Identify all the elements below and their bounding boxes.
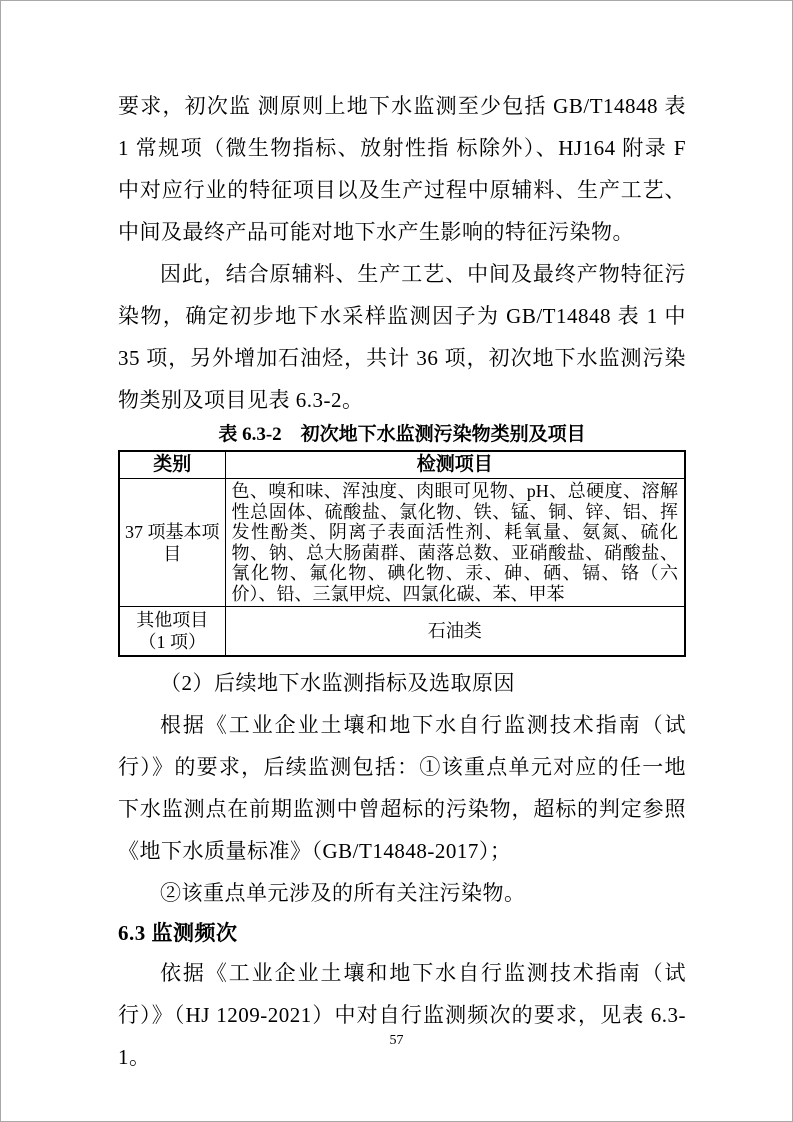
- table-caption: 表 6.3-2 初次地下水监测污染物类别及项目: [118, 423, 686, 447]
- paragraph-initial-monitoring-requirements: 要求，初次监 测原则上地下水监测至少包括 GB/T14848 表 1 常规项（微…: [118, 85, 686, 253]
- table-cell-category-other: 其他项目（1 项）: [119, 607, 225, 657]
- paragraph-followup-indicator-heading: （2）后续地下水监测指标及选取原因: [118, 662, 686, 704]
- paragraph-followup-concern-pollutants: ②该重点单元涉及的所有关注污染物。: [118, 872, 686, 914]
- page-number: 57: [1, 1033, 792, 1049]
- pollutant-category-table: 类别 检测项目 37 项基本项目 色、嗅和味、浑浊度、肉眼可见物、pH、总硬度、…: [118, 450, 686, 657]
- page-content: 要求，初次监 测原则上地下水监测至少包括 GB/T14848 表 1 常规项（微…: [118, 85, 686, 1078]
- paragraph-monitoring-frequency-basis: 依据《工业企业土壤和地下水自行监测技术指南（试行）》（HJ 1209-2021）…: [118, 952, 686, 1078]
- table-header-row: 类别 检测项目: [119, 451, 685, 479]
- table-cell-items-other: 石油类: [225, 607, 685, 657]
- document-page: 要求，初次监 测原则上地下水监测至少包括 GB/T14848 表 1 常规项（微…: [0, 0, 793, 1122]
- paragraph-followup-monitoring-scope: 根据《工业企业土壤和地下水自行监测技术指南（试行）》的要求，后续监测包括：①该重…: [118, 704, 686, 872]
- paragraph-initial-monitoring-factors: 因此，结合原辅料、生产工艺、中间及最终产物特征污染物，确定初步地下水采样监测因子…: [118, 253, 686, 421]
- section-heading-monitoring-frequency: 6.3 监测频次: [118, 914, 686, 952]
- table-header-category: 类别: [119, 451, 225, 479]
- table-cell-category-basic: 37 项基本项目: [119, 479, 225, 607]
- table-header-items: 检测项目: [225, 451, 685, 479]
- table-row-other-items: 其他项目（1 项） 石油类: [119, 607, 685, 657]
- table-cell-items-basic: 色、嗅和味、浑浊度、肉眼可见物、pH、总硬度、溶解性总固体、硫酸盐、氯化物、铁、…: [225, 479, 685, 607]
- table-row-basic-items: 37 项基本项目 色、嗅和味、浑浊度、肉眼可见物、pH、总硬度、溶解性总固体、硫…: [119, 479, 685, 607]
